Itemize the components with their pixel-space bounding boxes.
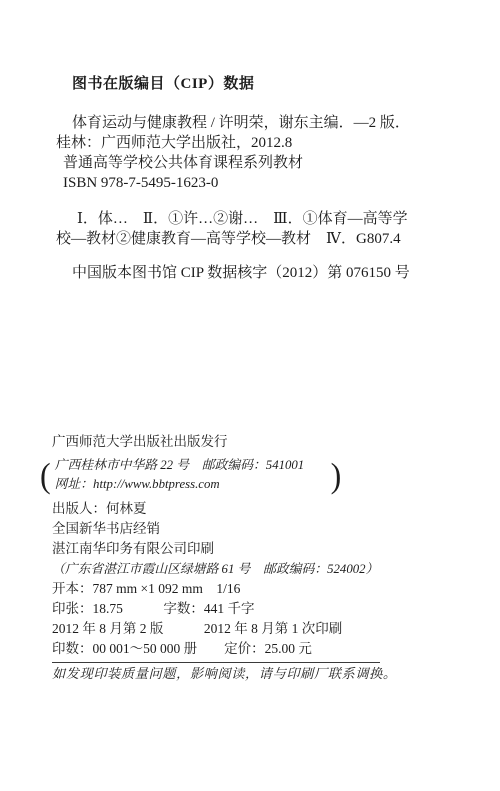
- spacer: [56, 94, 436, 113]
- big-close-paren: ): [331, 454, 342, 495]
- edition-printing-line: 2012 年 8 月第 2 版 2012 年 8 月第 1 次印刷: [52, 619, 432, 639]
- format-line: 开本：787 mm ×1 092 mm 1/16: [52, 579, 432, 599]
- publisher-address-line: 广西桂林市中华路 22 号 邮政编码：541001: [55, 456, 327, 475]
- publisher-address-paren-group: ( 广西桂林市中华路 22 号 邮政编码：541001 网址：http://ww…: [40, 456, 432, 494]
- sheets-words-line: 印张：18.75 字数：441 千字: [52, 599, 432, 619]
- publisher-person-line: 出版人：何林夏: [52, 499, 432, 519]
- divider-rule: [52, 662, 380, 663]
- cip-isbn-line: ISBN 978-7-5495-1623-0: [63, 173, 436, 193]
- cip-classification-line-1: Ⅰ．体… Ⅱ．①许…②谢… Ⅲ．①体育—高等学: [77, 209, 436, 229]
- imprint-block: 广西师范大学出版社出版发行 ( 广西桂林市中华路 22 号 邮政编码：54100…: [52, 432, 432, 684]
- printer-line: 湛江南华印务有限公司印刷: [52, 539, 432, 559]
- spacer: [56, 193, 436, 209]
- big-open-paren: (: [40, 454, 51, 495]
- spacer: [56, 249, 436, 263]
- cip-record-line: 中国版本图书馆 CIP 数据核字（2012）第 076150 号: [72, 263, 436, 283]
- cip-place-publisher-line: 桂林：广西师范大学出版社，2012.8: [56, 133, 436, 153]
- distribution-line: 全国新华书店经销: [52, 519, 432, 539]
- printer-address-line: （广东省湛江市霞山区绿塘路 61 号 邮政编码：524002）: [52, 559, 432, 579]
- publisher-address-lines: 广西桂林市中华路 22 号 邮政编码：541001 网址：http://www.…: [55, 456, 327, 494]
- cip-data-block: 图书在版编目（CIP）数据 体育运动与健康教程 / 许明荣，谢东主编．—2 版．…: [56, 74, 436, 283]
- print-run-price-line: 印数：00 001～50 000 册 定价：25.00 元: [52, 639, 432, 659]
- publisher-website-line: 网址：http://www.bbtpress.com: [55, 475, 327, 494]
- copyright-page: 图书在版编目（CIP）数据 体育运动与健康教程 / 许明荣，谢东主编．—2 版．…: [0, 0, 500, 791]
- quality-notice-line: 如发现印装质量问题，影响阅读，请与印刷厂联系调换。: [52, 664, 432, 684]
- publisher-issue-line: 广西师范大学出版社出版发行: [52, 432, 432, 452]
- cip-series-line: 普通高等学校公共体育课程系列教材: [63, 153, 436, 173]
- cip-title-line: 体育运动与健康教程 / 许明荣，谢东主编．—2 版．: [72, 113, 436, 133]
- cip-classification-line-2: 校—教材②健康教育—高等学校—教材 Ⅳ．G807.4: [56, 229, 436, 249]
- cip-heading: 图书在版编目（CIP）数据: [72, 74, 436, 94]
